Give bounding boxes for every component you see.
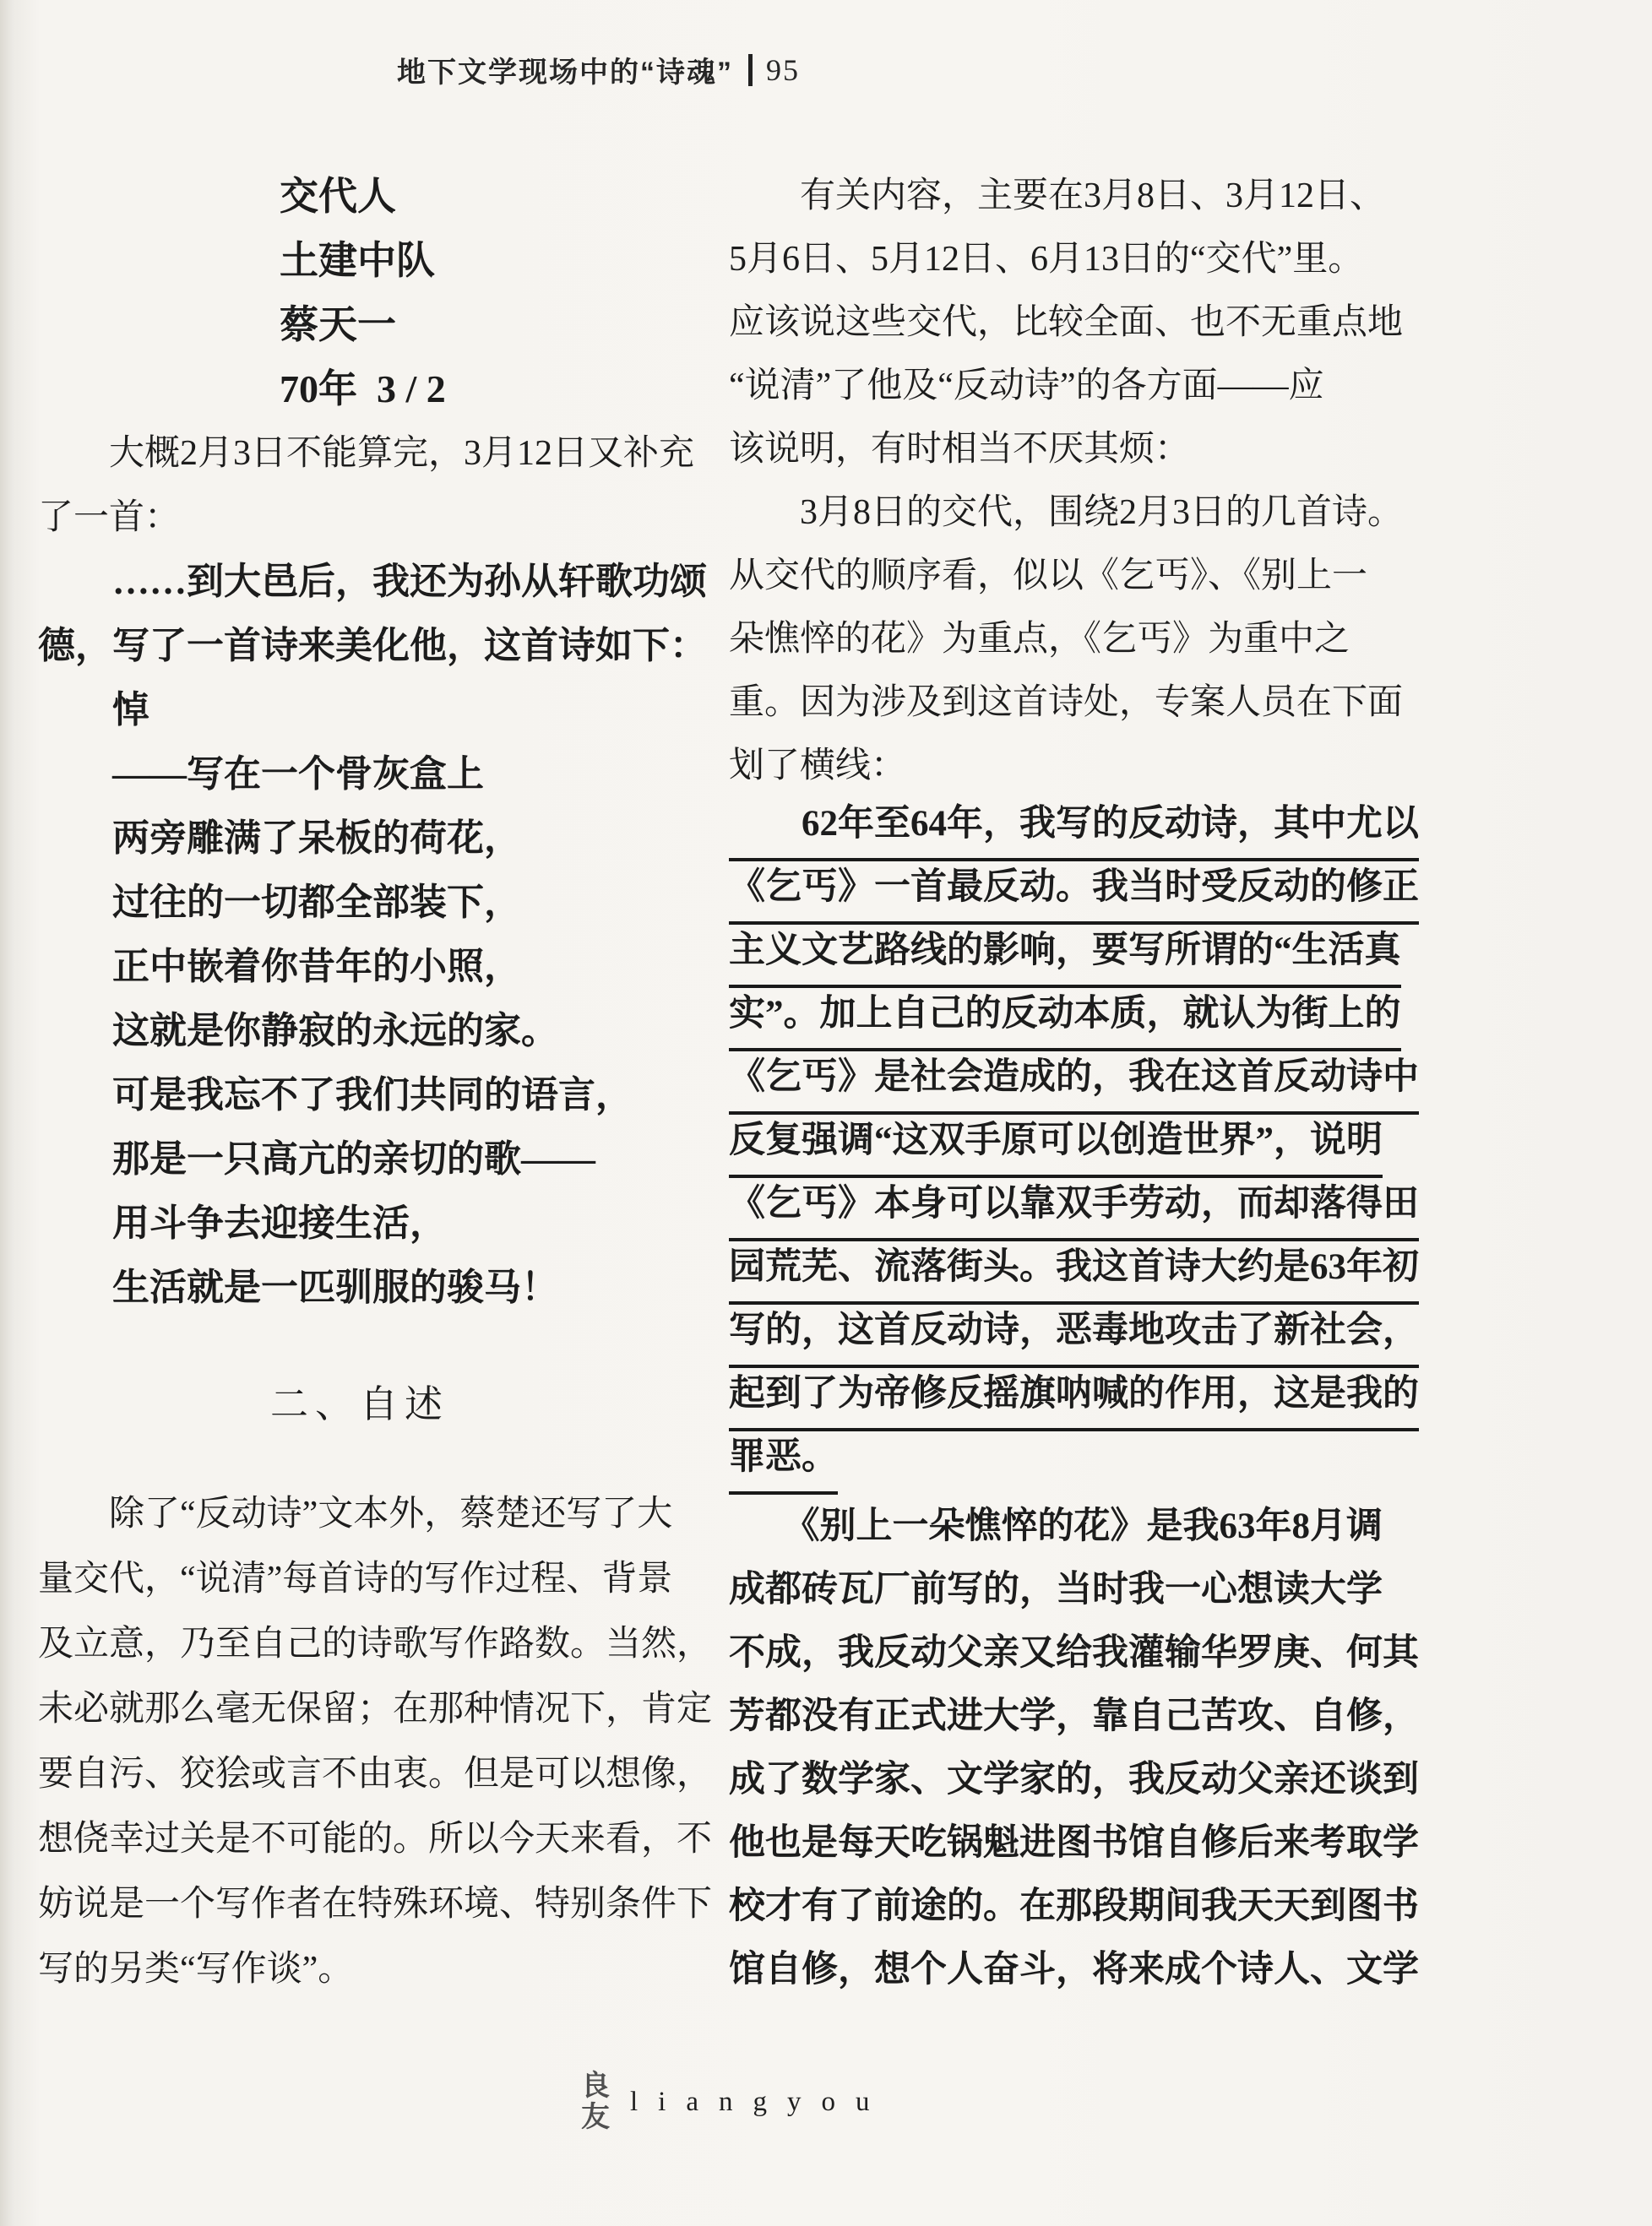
text-line: 成了数学家、文学家的，我反动父亲还谈到: [729, 1748, 1465, 1811]
text-line: 土建中队: [280, 229, 682, 293]
text-line: 实”。加上自己的反动本质，就认为街上的: [729, 988, 1401, 1051]
text-line: 园荒芜、流落街头。我这首诗大约是63年初: [729, 1241, 1419, 1305]
text-line: 除了“反动诗”文本外，蔡楚还写了大: [38, 1482, 682, 1547]
text-line: 及立意，乃至自己的诗歌写作路数。当然，: [38, 1612, 682, 1677]
confession-byline-block: 交代人土建中队蔡天一70年 3 / 2: [280, 165, 682, 421]
text-line: 5月6日、5月12日、6月13日的“交代”里。: [729, 228, 1465, 291]
text-line: 62年至64年，我写的反动诗，其中尤以: [729, 798, 1419, 861]
text-line: 从交代的顺序看，似以《乞丐》、《别上一: [729, 545, 1465, 608]
text-line: 不成，我反动父亲又给我灌输华罗庚、何其: [729, 1621, 1465, 1685]
text-line: 成都砖瓦厂前写的，当时我一心想读大学: [729, 1558, 1465, 1621]
text-line: 《乞丐》是社会造成的，我在这首反动诗中: [729, 1051, 1419, 1115]
text-line: 正中嵌着你昔年的小照，: [38, 935, 682, 999]
text-line: 未必就那么毫无保留；在那种情况下，肯定: [38, 1677, 682, 1742]
commentary-paragraph: 除了“反动诗”文本外，蔡楚还写了大量交代，“说清”每首诗的写作过程、背景及立意，…: [38, 1482, 682, 2002]
text-line: 用斗争去迎接生活，: [38, 1192, 682, 1256]
text-line: 他也是每天吃锅魁进图书馆自修后来考取学: [729, 1811, 1465, 1875]
page-footer: 良 友 liangyou: [581, 2071, 889, 2133]
confession-focus-paragraph: 3月8日的交代，围绕2月3日的几首诗。从交代的顺序看，似以《乞丐》、《别上一朵憔…: [729, 481, 1465, 798]
two-column-text-body: 交代人土建中队蔡天一70年 3 / 2 大概2月3日不能算完，3月12日又补充了…: [38, 165, 1465, 2002]
text-line: 该说明，有时相当不厌其烦：: [729, 418, 1465, 481]
confession-dates-paragraph: 有关内容，主要在3月8日、3月12日、5月6日、5月12日、6月13日的“交代”…: [729, 165, 1465, 481]
text-line: 芳都没有正式进大学，靠自己苦攻、自修，: [729, 1685, 1465, 1748]
memorial-poem-block: ……到大邑后，我还为孙从轩歌功颂德，写了一首诗来美化他，这首诗如下： 悼 ——写…: [38, 550, 682, 1320]
text-line: 可是我忘不了我们共同的语言，: [38, 1063, 682, 1127]
text-line: 应该说这些交代，比较全面、也不无重点地: [729, 291, 1465, 355]
text-line: “说清”了他及“反动诗”的各方面——应: [729, 355, 1465, 418]
intro-paragraph: 大概2月3日不能算完，3月12日又补充了一首：: [38, 421, 682, 550]
text-line: 这就是你静寂的永远的家。: [38, 999, 682, 1063]
section-heading: 二、自述: [38, 1372, 682, 1436]
text-line: 馆自修，想个人奋斗，将来成个诗人、文学: [729, 1938, 1465, 2001]
header-divider: [748, 54, 753, 86]
text-line: 悼: [38, 678, 682, 742]
liangyou-publisher-logo: 良 友: [581, 2071, 610, 2133]
publisher-name: liangyou: [630, 2087, 889, 2118]
left-column: 交代人土建中队蔡天一70年 3 / 2 大概2月3日不能算完，3月12日又补充了…: [38, 165, 682, 2002]
text-line: 妨说是一个写作者在特殊环境、特别条件下: [38, 1872, 682, 1937]
right-column: 有关内容，主要在3月8日、3月12日、5月6日、5月12日、6月13日的“交代”…: [729, 165, 1465, 2002]
text-line: 《乞丐》本身可以靠双手劳动，而却落得田: [729, 1178, 1419, 1241]
text-line: 量交代，“说清”每首诗的写作过程、背景: [38, 1547, 682, 1612]
text-line: 交代人: [280, 165, 682, 229]
text-line: 德，写了一首诗来美化他，这首诗如下：: [38, 614, 682, 678]
text-line: 大概2月3日不能算完，3月12日又补充: [38, 421, 682, 486]
logo-character-top: 良: [581, 2071, 610, 2102]
text-line: 生活就是一匹驯服的骏马！: [38, 1256, 682, 1320]
text-line: 3月8日的交代，围绕2月3日的几首诗。: [729, 481, 1465, 545]
text-line: 要自污、狡狯或言不由衷。但是可以想像，: [38, 1742, 682, 1807]
text-line: 过往的一切都全部装下，: [38, 871, 682, 935]
text-line: 重。因为涉及到这首诗处，专案人员在下面: [729, 671, 1465, 735]
flower-poem-confession-quote: 《别上一朵憔悴的花》是我63年8月调成都砖瓦厂前写的，当时我一心想读大学不成，我…: [729, 1495, 1465, 2001]
text-line: 蔡天一: [280, 293, 682, 357]
text-line: 划了横线：: [729, 735, 1465, 798]
running-head-title: 地下文学现场中的“诗魂”: [397, 49, 733, 90]
scanned-book-page: 地下文学现场中的“诗魂” 95 交代人土建中队蔡天一70年 3 / 2 大概2月…: [0, 0, 1652, 2226]
text-line: 罪恶。: [729, 1431, 838, 1495]
text-line: 反复强调“这双手原可以创造世界”，说明: [729, 1115, 1383, 1178]
text-line: 两旁雕满了呆板的荷花，: [38, 806, 682, 871]
logo-character-bottom: 友: [581, 2102, 610, 2133]
text-line: 《乞丐》一首最反动。我当时受反动的修正: [729, 861, 1419, 925]
text-line: 《别上一朵憔悴的花》是我63年8月调: [729, 1495, 1465, 1558]
text-line: 校才有了前途的。在那段期间我天天到图书: [729, 1875, 1465, 1938]
page-header: 地下文学现场中的“诗魂” 95: [397, 49, 800, 90]
text-line: 有关内容，主要在3月8日、3月12日、: [729, 165, 1465, 228]
text-line: 70年 3 / 2: [280, 357, 682, 421]
text-line: 想侥幸过关是不可能的。所以今天来看，不: [38, 1807, 682, 1872]
page-number: 95: [766, 52, 800, 88]
text-line: ——写在一个骨灰盒上: [38, 742, 682, 806]
text-line: 写的，这首反动诗，恶毒地攻击了新社会，: [729, 1305, 1419, 1368]
underlined-confession-quote: 62年至64年，我写的反动诗，其中尤以《乞丐》一首最反动。我当时受反动的修正主义…: [729, 798, 1465, 1495]
text-line: 起到了为帝修反摇旗呐喊的作用，这是我的: [729, 1368, 1419, 1431]
text-line: 朵憔悴的花》为重点，《乞丐》为重中之: [729, 608, 1465, 671]
text-line: 写的另类“写作谈”。: [38, 1937, 682, 2002]
text-line: ……到大邑后，我还为孙从轩歌功颂: [38, 550, 682, 614]
text-line: 主义文艺路线的影响，要写所谓的“生活真: [729, 925, 1401, 988]
text-line: 了一首：: [38, 486, 682, 550]
text-line: 那是一只高亢的亲切的歌——: [38, 1127, 682, 1192]
